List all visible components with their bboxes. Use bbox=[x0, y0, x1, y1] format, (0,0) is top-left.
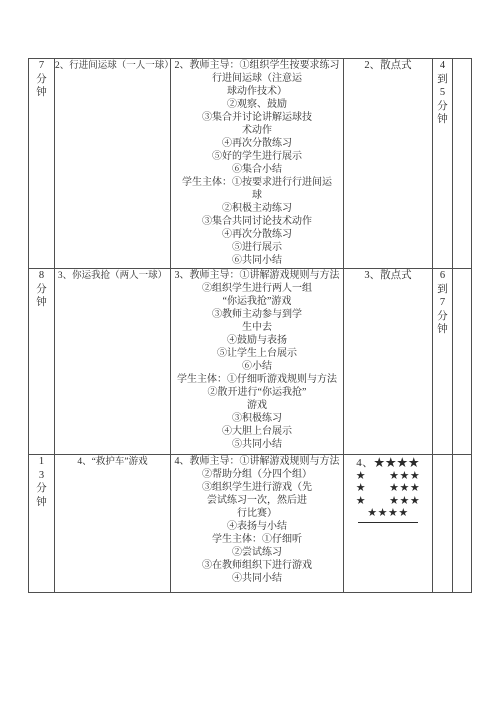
formation-line: ★ ★★★ bbox=[344, 495, 432, 508]
document-page: 7 分 钟 2、行进间运球（一人一球） 2、教师主导：①组织学生按要求练习 行进… bbox=[0, 0, 500, 707]
formation-line: 4、★★★★ bbox=[344, 457, 432, 470]
process-cell: 4、教师主导：①讲解游戏规则与方法 ②帮助分组（分四个组） ③组织学生进行游戏（… bbox=[171, 455, 344, 593]
time-cell: 7 分 钟 bbox=[29, 59, 55, 269]
formation-baseline: ★★★★ bbox=[358, 507, 417, 523]
empty-cell bbox=[453, 59, 472, 269]
activity-cell: 4、“救护车”游戏 bbox=[55, 455, 171, 593]
duration-cell bbox=[433, 455, 453, 593]
organization-cell: 4、★★★★ ★ ★★★ ★ ★★★ ★ ★★★ ★★★★ bbox=[344, 455, 433, 593]
organization-cell: 2、散点式 bbox=[344, 59, 433, 269]
process-cell: 2、教师主导：①组织学生按要求练习 行进间运球（注意运 球动作技术） ②观察、鼓… bbox=[171, 59, 344, 269]
duration-cell: 6 到 7 分 钟 bbox=[433, 269, 453, 455]
activity-cell: 2、行进间运球（一人一球） bbox=[55, 59, 171, 269]
formation-line: ★ ★★★ bbox=[344, 482, 432, 495]
time-cell: 8 分 钟 bbox=[29, 269, 55, 455]
table-row: 7 分 钟 2、行进间运球（一人一球） 2、教师主导：①组织学生按要求练习 行进… bbox=[29, 59, 472, 269]
empty-cell bbox=[453, 455, 472, 593]
formation-line: ★ ★★★ bbox=[344, 470, 432, 483]
process-cell: 3、教师主导：①讲解游戏规则与方法 ②组织学生进行两人一组 “你运我抢”游戏 ③… bbox=[171, 269, 344, 455]
table-row: 8 分 钟 3、你运我抢（两人一球） 3、教师主导：①讲解游戏规则与方法 ②组织… bbox=[29, 269, 472, 455]
time-cell: 1 3 分 钟 bbox=[29, 455, 55, 593]
organization-cell: 3、散点式 bbox=[344, 269, 433, 455]
activity-cell: 3、你运我抢（两人一球） bbox=[55, 269, 171, 455]
empty-cell bbox=[453, 269, 472, 455]
table-row: 1 3 分 钟 4、“救护车”游戏 4、教师主导：①讲解游戏规则与方法 ②帮助分… bbox=[29, 455, 472, 593]
formation-diagram: 4、★★★★ ★ ★★★ ★ ★★★ ★ ★★★ ★★★★ bbox=[344, 455, 432, 523]
formation-line-underlined: ★★★★ bbox=[344, 507, 432, 523]
duration-cell: 4 到 5 分 钟 bbox=[433, 59, 453, 269]
lesson-plan-table: 7 分 钟 2、行进间运球（一人一球） 2、教师主导：①组织学生按要求练习 行进… bbox=[28, 58, 472, 593]
